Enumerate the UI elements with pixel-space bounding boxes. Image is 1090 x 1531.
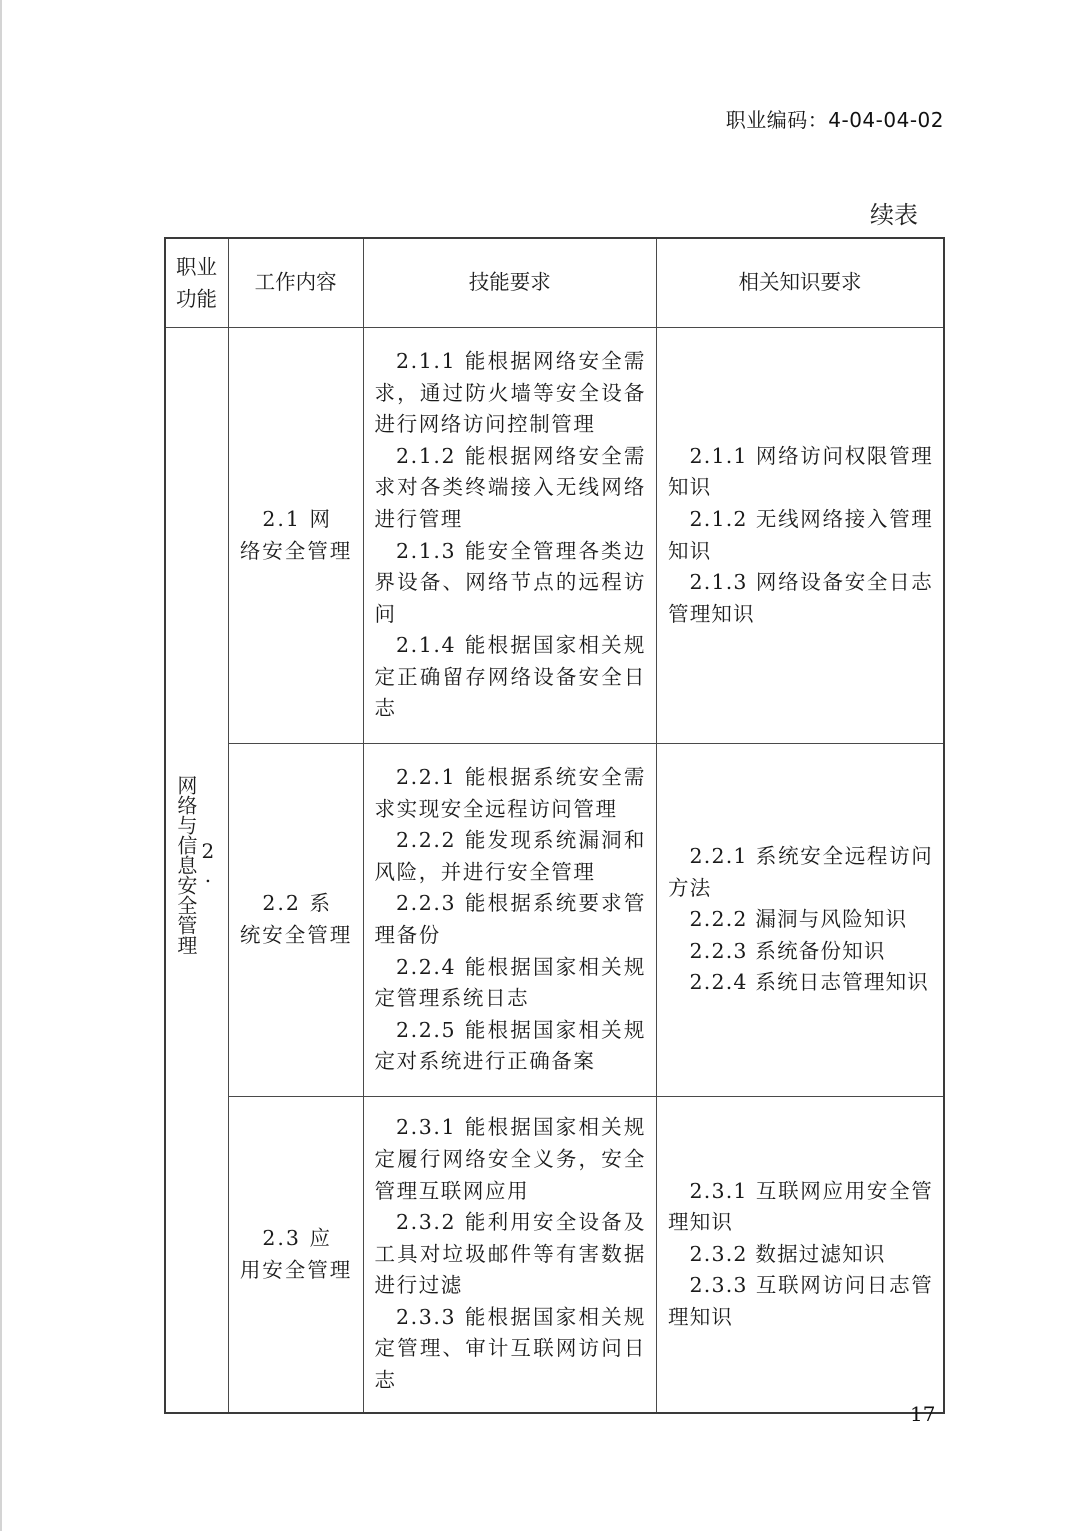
knowledge-item: 2.2.4 系统日志管理知识 bbox=[668, 967, 933, 999]
skill-item: 2.3.3 能根据国家相关规定管理、审计互联网访问日志 bbox=[375, 1302, 647, 1397]
work-content: 2.1 网络安全管理 bbox=[240, 504, 353, 567]
skill-item: 2.1.3 能安全管理各类边界设备、网络节点的远程访问 bbox=[375, 536, 647, 631]
function-number: 2. bbox=[197, 775, 219, 951]
skills-cell: 2.2.1 能根据系统安全需求实现安全远程访问管理 2.2.2 能发现系统漏洞和… bbox=[363, 744, 657, 1097]
work-content: 2.3 应用安全管理 bbox=[240, 1223, 353, 1286]
table-row: 2.3 应用安全管理 2.3.1 能根据国家相关规定履行网络安全义务，安全管理互… bbox=[165, 1097, 944, 1414]
skill-item: 2.2.2 能发现系统漏洞和风险，并进行安全管理 bbox=[375, 825, 647, 888]
skill-item: 2.2.5 能根据国家相关规定对系统进行正确备案 bbox=[375, 1015, 647, 1078]
skill-item: 2.1.2 能根据网络安全需求对各类终端接入无线网络进行管理 bbox=[375, 441, 647, 536]
header-work-content: 工作内容 bbox=[228, 238, 363, 328]
work-content-cell: 2.2 系统安全管理 bbox=[228, 744, 363, 1097]
skill-item: 2.3.1 能根据国家相关规定履行网络安全义务，安全管理互联网应用 bbox=[375, 1112, 647, 1207]
function-cell: 2.网络与信息安全管理 bbox=[165, 328, 228, 1414]
skill-item: 2.2.4 能根据国家相关规定管理系统日志 bbox=[375, 952, 647, 1015]
page-edge bbox=[0, 0, 2, 1531]
knowledge-item: 2.2.2 漏洞与风险知识 bbox=[668, 904, 933, 936]
skill-item: 2.2.1 能根据系统安全需求实现安全远程访问管理 bbox=[375, 762, 647, 825]
knowledge-item: 2.2.3 系统备份知识 bbox=[668, 936, 933, 968]
table-row: 2.2 系统安全管理 2.2.1 能根据系统安全需求实现安全远程访问管理 2.2… bbox=[165, 744, 944, 1097]
function-group: 2.网络与信息安全管理 bbox=[175, 775, 219, 955]
knowledge-item: 2.3.3 互联网访问日志管理知识 bbox=[668, 1270, 933, 1333]
header-function: 职业 功能 bbox=[165, 238, 228, 328]
page-number: 17 bbox=[910, 1402, 935, 1426]
knowledge-item: 2.1.2 无线网络接入管理知识 bbox=[668, 504, 933, 567]
header-function-line1: 职业 bbox=[176, 251, 228, 283]
knowledge-item: 2.3.1 互联网应用安全管理知识 bbox=[668, 1176, 933, 1239]
knowledge-item: 2.1.3 网络设备安全日志管理知识 bbox=[668, 567, 933, 630]
knowledge-cell: 2.1.1 网络访问权限管理知识 2.1.2 无线网络接入管理知识 2.1.3 … bbox=[657, 328, 945, 744]
skill-item: 2.1.1 能根据网络安全需求，通过防火墙等安全设备进行网络访问控制管理 bbox=[375, 346, 647, 441]
header-skills: 技能要求 bbox=[363, 238, 657, 328]
knowledge-cell: 2.3.1 互联网应用安全管理知识 2.3.2 数据过滤知识 2.3.3 互联网… bbox=[657, 1097, 945, 1414]
knowledge-item: 2.2.1 系统安全远程访问方法 bbox=[668, 841, 933, 904]
knowledge-item: 2.1.1 网络访问权限管理知识 bbox=[668, 441, 933, 504]
function-name: 网络与信息安全管理 bbox=[174, 775, 198, 955]
header-knowledge: 相关知识要求 bbox=[657, 238, 945, 328]
skills-cell: 2.3.1 能根据国家相关规定履行网络安全义务，安全管理互联网应用 2.3.2 … bbox=[363, 1097, 657, 1414]
occupation-code: 职业编码：4-04-04-02 bbox=[726, 104, 944, 133]
knowledge-cell: 2.2.1 系统安全远程访问方法 2.2.2 漏洞与风险知识 2.2.3 系统备… bbox=[657, 744, 945, 1097]
skill-item: 2.2.3 能根据系统要求管理备份 bbox=[375, 888, 647, 951]
table-row: 2.网络与信息安全管理 2.1 网络安全管理 2.1.1 能根据网络安全需求，通… bbox=[165, 328, 944, 744]
skill-item: 2.3.2 能利用安全设备及工具对垃圾邮件等有害数据进行过滤 bbox=[375, 1207, 647, 1302]
work-content-cell: 2.3 应用安全管理 bbox=[228, 1097, 363, 1414]
skills-cell: 2.1.1 能根据网络安全需求，通过防火墙等安全设备进行网络访问控制管理 2.1… bbox=[363, 328, 657, 744]
skill-item: 2.1.4 能根据国家相关规定正确留存网络设备安全日志 bbox=[375, 630, 647, 725]
occupational-standard-table: 职业 功能 工作内容 技能要求 相关知识要求 2.网络与信息安全管理 2.1 网… bbox=[164, 237, 945, 1414]
work-content-cell: 2.1 网络安全管理 bbox=[228, 328, 363, 744]
work-content: 2.2 系统安全管理 bbox=[240, 888, 353, 951]
continued-table-label: 续表 bbox=[870, 195, 918, 230]
knowledge-item: 2.3.2 数据过滤知识 bbox=[668, 1239, 933, 1271]
header-function-line2: 功能 bbox=[176, 283, 228, 315]
table-header-row: 职业 功能 工作内容 技能要求 相关知识要求 bbox=[165, 238, 944, 328]
